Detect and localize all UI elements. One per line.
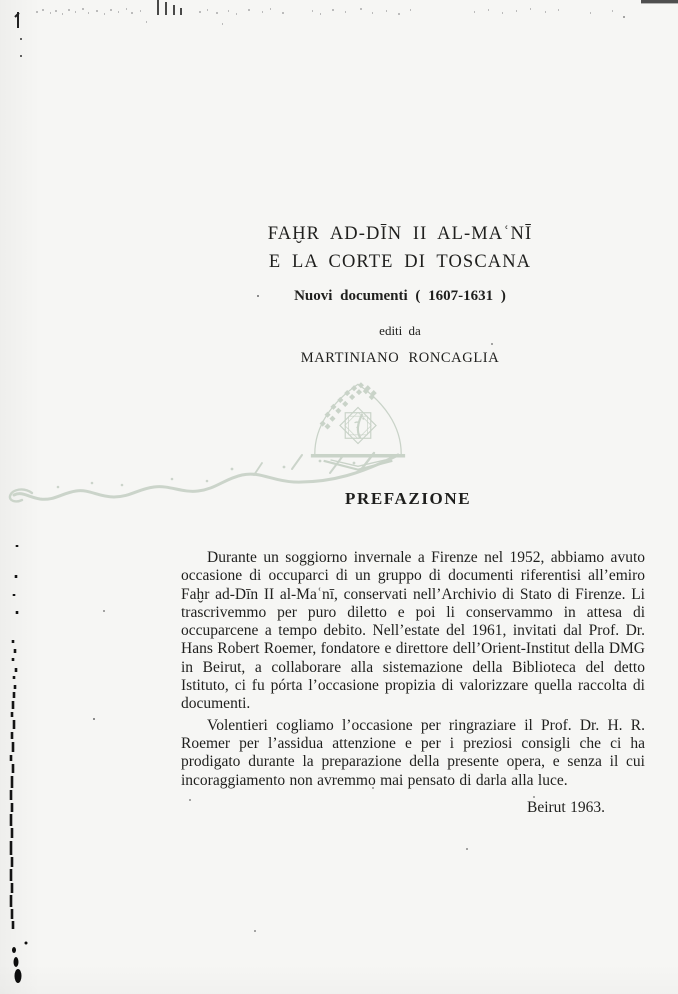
preface-heading: PREFAZIONE [345,489,471,509]
top-edge-speckle-noise [36,9,613,24]
editor-name: MARTINIANO RONCAGLIA [178,350,622,367]
left-edge-binding-smudges [11,545,17,929]
preface-paragraph-2: Volentieri cogliamo l’occasione per ring… [181,717,645,790]
arabic-calligraphy-watermark [2,449,402,507]
bottom-left-ink-blot [12,942,28,984]
top-registration-ticks [158,0,181,15]
title-block: FAḪR AD-DĪN II AL-MAʿNĪ E LA CORTE DI TO… [178,220,622,367]
book-title-line-1: FAḪR AD-DĪN II AL-MAʿNĪ [178,220,622,248]
preface-body: Durante un soggiorno invernale a Firenze… [181,549,645,817]
dateline: Beirut 1963. [181,799,645,817]
scanned-book-page: FAḪR AD-DĪN II AL-MAʿNĪ E LA CORTE DI TO… [0,0,678,994]
preface-paragraph-1: Durante un soggiorno invernale a Firenze… [181,549,645,714]
book-title-line-2: E LA CORTE DI TOSCANA [178,248,622,276]
book-subtitle: Nuovi documenti ( 1607-1631 ) [178,288,622,305]
edited-by-label: editi da [178,323,622,339]
top-right-scanner-bar [641,0,678,3]
top-left-corner-mark [15,12,21,57]
